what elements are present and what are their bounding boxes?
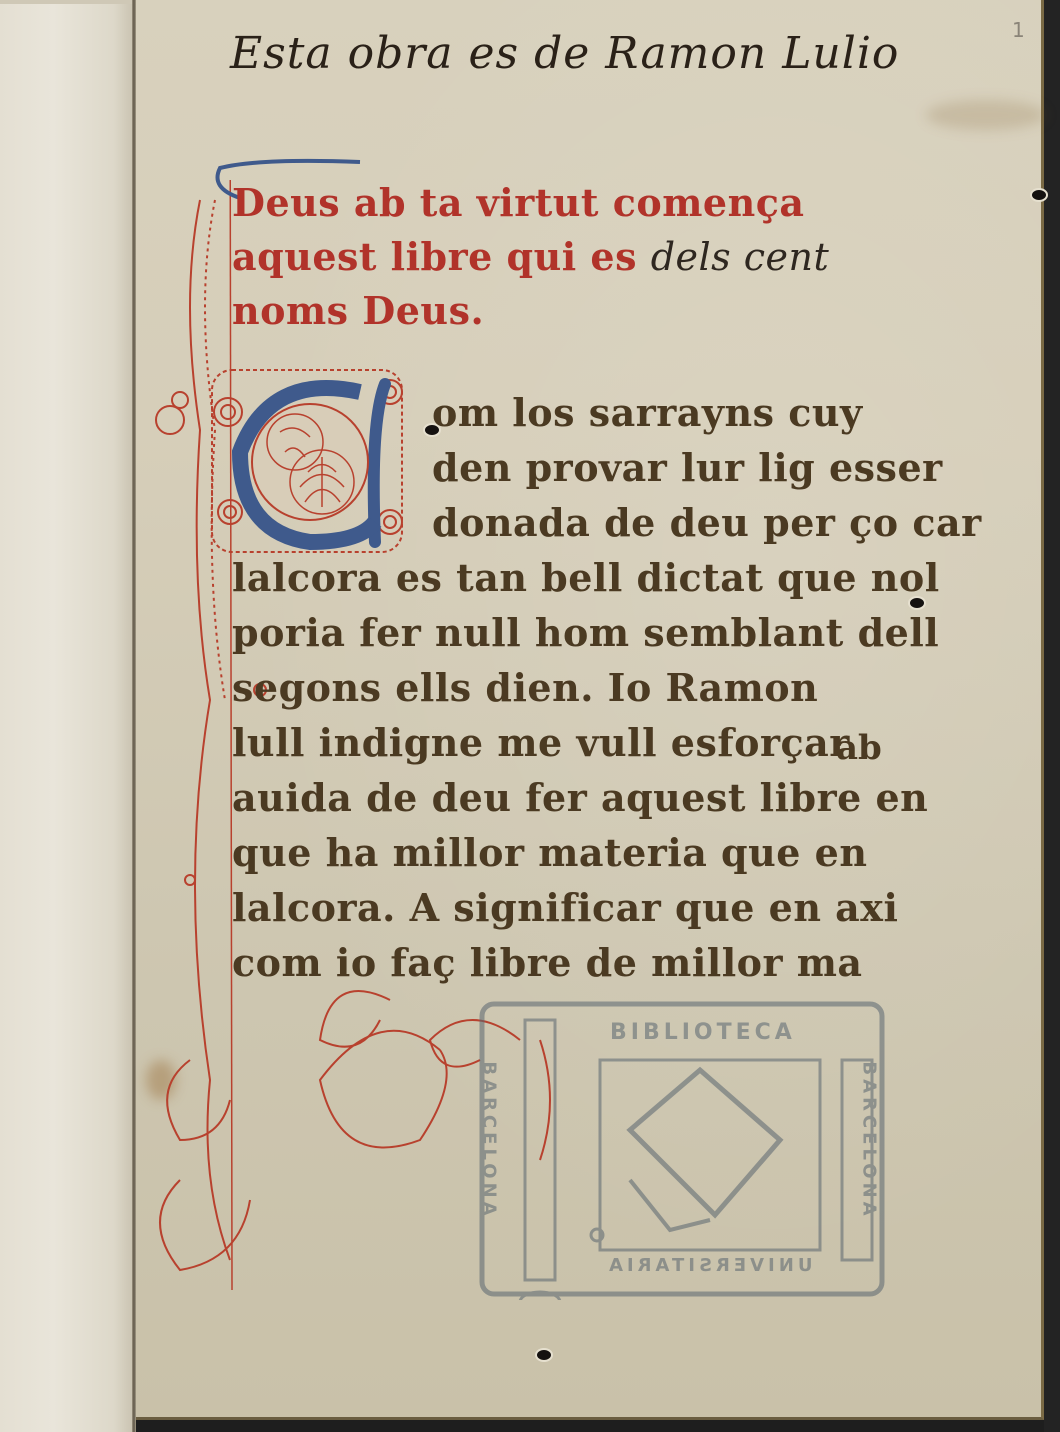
rubric-heading: Deus ab ta virtut comença aquest libre q… — [232, 176, 872, 338]
later-hand-insertion: dels cent — [651, 235, 830, 279]
body-line: den provar lur lig esser — [232, 441, 872, 496]
stamp-right-text: BARCELONA — [859, 1061, 880, 1219]
body-line: segons ells dien. Io Ramon — [232, 661, 872, 716]
binding-hole — [1032, 190, 1046, 200]
rubric-line-1: Deus ab ta virtut comença — [232, 176, 872, 230]
stamp-bottom-text: UNIVERSITARIA — [605, 1255, 812, 1276]
body-line: donada de deu per ço car — [232, 496, 872, 551]
stamp-left-text: BARCELONA — [479, 1061, 500, 1219]
body-line: poria fer null hom semblant dell — [232, 606, 872, 661]
stamp-top-text: BIBLIOTECA — [610, 1020, 796, 1045]
body-line: lull indigne me vull esforçar — [232, 716, 872, 771]
library-stamp: BIBLIOTECA UNIVERSITARIA BARCELONA BARCE… — [470, 990, 890, 1300]
stain — [146, 1060, 176, 1100]
rubric-line-3: noms Deus. — [232, 284, 872, 338]
body-text: om los sarrayns cuy den provar lur lig e… — [232, 386, 872, 991]
body-line: lalcora es tan bell dictat que nol — [232, 551, 872, 606]
body-line: auida de deu fer aquest libre en — [232, 771, 872, 826]
body-line: om los sarrayns cuy — [232, 386, 872, 441]
body-line: com io faç libre de millor ma — [232, 936, 872, 991]
ownership-note: Esta obra es de Ramon Lulio — [230, 28, 1010, 79]
body-line: que ha millor materia que en — [232, 826, 872, 881]
rubric-line-2: aquest libre qui es dels cent — [232, 230, 872, 284]
facing-leaf — [0, 0, 134, 1432]
svg-text:C: C — [200, 362, 212, 366]
background-edge — [1044, 0, 1060, 1432]
binding-hole — [537, 1350, 551, 1360]
folio-number: 1 — [1012, 18, 1025, 42]
margin-addition: ab — [836, 728, 882, 768]
body-line: lalcora. A significar que en axi — [232, 881, 872, 936]
stain — [926, 100, 1046, 130]
